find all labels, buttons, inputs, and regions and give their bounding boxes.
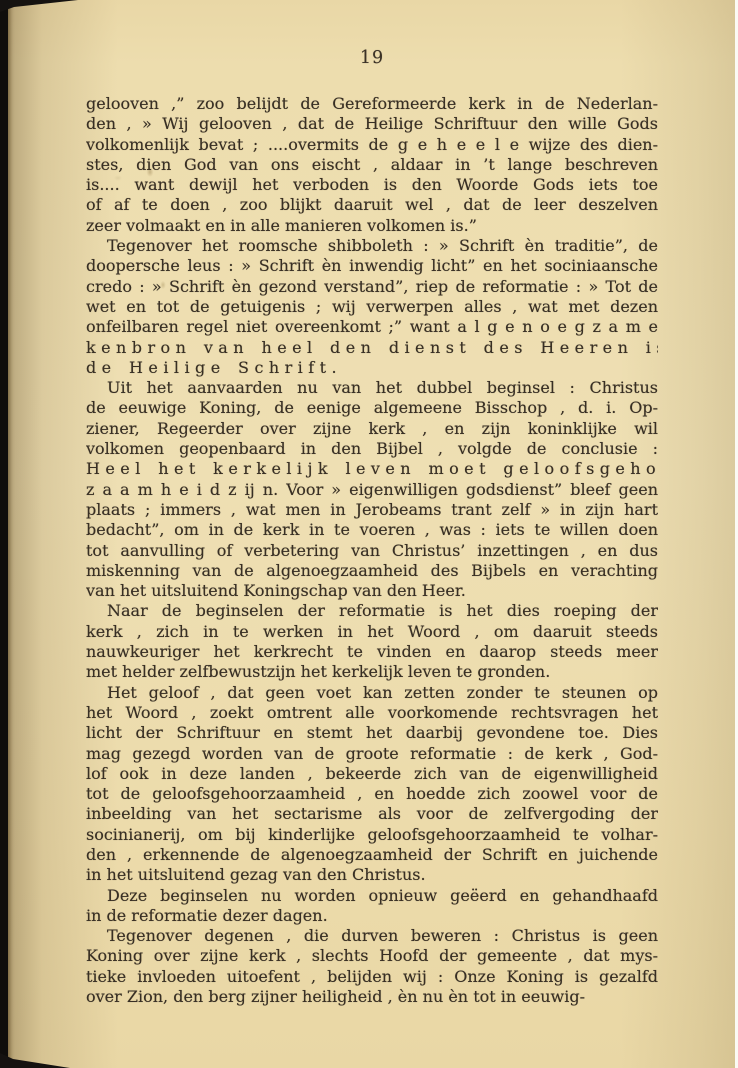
text-line: socinianerij, om bij kinderlijke geloofs… <box>86 825 658 845</box>
text-line: ziener, Regeerder over zijne kerk , en z… <box>86 419 658 439</box>
text-line: tieke invloeden uitoefent , belijden wij… <box>86 967 658 987</box>
text-line: Uit het aanvaarden nu van het dubbel beg… <box>86 378 658 398</box>
text-line: gelooven ,” zoo belijdt de Gereformeerde… <box>86 94 658 114</box>
text-line: Het geloof , dat geen voet kan zetten zo… <box>86 683 658 703</box>
text-line: Heel het kerkelijk leven moet geloofsgeh… <box>86 459 658 479</box>
text-line: Naar de beginselen der reformatie is het… <box>86 601 658 621</box>
text-line: met helder zelfbewustzijn het kerkelijk … <box>86 662 658 682</box>
text-line: Koning over zijne kerk , slechts Hoofd d… <box>86 946 658 966</box>
scan-corner-shadow-top <box>0 0 78 12</box>
text-line: over Zion, den berg zijner heiligheid , … <box>86 987 658 1007</box>
text-line: doopersche leus : » Schrift èn inwendig … <box>86 256 658 276</box>
text-line: kenbron van heel den dienst des Heeren i… <box>86 338 658 358</box>
page-number: 19 <box>86 48 658 68</box>
text-line: volkomenlijk bevat ; ....overmits de g e… <box>86 135 658 155</box>
text-line: in het uitsluitend gezag van den Christu… <box>86 865 658 885</box>
text-line: de eeuwige Koning, de eenige algemeene B… <box>86 398 658 418</box>
text-line: van het uitsluitend Koningschap van den … <box>86 581 658 601</box>
text-line: bedacht”, om in de kerk in te voeren , w… <box>86 520 658 540</box>
text-line: Deze beginselen nu worden opnieuw geëerd… <box>86 886 658 906</box>
text-line: de Heilige Schrift. <box>86 358 658 378</box>
text-line: Tegenover degenen , die durven beweren :… <box>86 926 658 946</box>
text-line: miskenning van de algenoegzaamheid des B… <box>86 561 658 581</box>
text-line: mag gezegd worden van de groote reformat… <box>86 744 658 764</box>
text-line: den , » Wij gelooven , dat de Heilige Sc… <box>86 114 658 134</box>
text-line: kerk , zich in te werken in het Woord , … <box>86 622 658 642</box>
text-line: volkomen geopenbaard in den Bijbel , vol… <box>86 439 658 459</box>
text-line: credo : » Schrift èn gezond verstand”, r… <box>86 277 658 297</box>
book-page-scan: 19 gelooven ,” zoo belijdt de Gereformee… <box>0 0 738 1068</box>
text-line: het Woord , zoekt omtrent alle voorkomen… <box>86 703 658 723</box>
text-line: is.... want dewijl het verboden is den W… <box>86 175 658 195</box>
text-line: in de reformatie dezer dagen. <box>86 906 658 926</box>
text-line: den , erkennende de algenoegzaamheid der… <box>86 845 658 865</box>
page-text: gelooven ,” zoo belijdt de Gereformeerde… <box>86 94 658 1007</box>
text-line: z a a m h e i d z ij n. Voor » eigenwill… <box>86 480 658 500</box>
text-line: Tegenover het roomsche shibboleth : » Sc… <box>86 236 658 256</box>
text-line: wet en tot de getuigenis ; wij verwerpen… <box>86 297 658 317</box>
text-line: tot aanvulling of verbetering van Christ… <box>86 541 658 561</box>
text-line: nauwkeuriger het kerkrecht te vinden en … <box>86 642 658 662</box>
binding-shadow <box>0 0 8 1068</box>
text-line: plaats ; immers , wat men in Jerobeams t… <box>86 500 658 520</box>
text-line: onfeilbaren regel niet overeenkomt ;” wa… <box>86 317 658 337</box>
text-line: zeer volmaakt en in alle manieren volkom… <box>86 216 658 236</box>
text-line: inbeelding van het sectarisme als voor d… <box>86 804 658 824</box>
text-line: lof ook in deze landen , bekeerde zich v… <box>86 764 658 784</box>
text-line: licht der Schriftuur en stemt het daarbi… <box>86 723 658 743</box>
text-line: of af te doen , zoo blijkt daaruit wel ,… <box>86 195 658 215</box>
scan-corner-shadow-bottom <box>0 1053 70 1068</box>
text-line: tot de geloofsgehoorzaamheid , en hoedde… <box>86 784 658 804</box>
text-line: stes, dien God van ons eischt , aldaar i… <box>86 155 658 175</box>
